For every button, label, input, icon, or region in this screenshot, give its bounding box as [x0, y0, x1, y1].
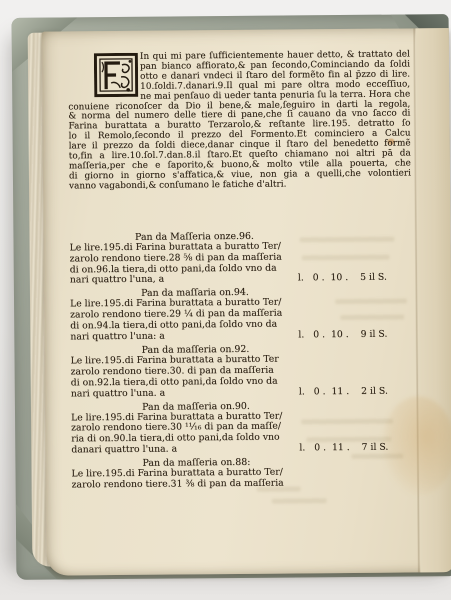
woodcut-initial-icon [94, 53, 138, 97]
paragraph-line: vanno vagabondi,& conſumano le fatiche d… [69, 179, 411, 192]
section-line: nari quattro l'una. al. 0 . 11 . 2 il S. [71, 386, 413, 400]
price-value: l. 0 . 11 . 2 il S. [299, 386, 388, 398]
price-value: l. 0 . 11 . 7 il S. [299, 443, 388, 455]
bread-price-section: Pan da maſſeria on.90.Le lire.195.di Far… [71, 399, 413, 457]
price-value: l. 0 . 10 . 5 il S. [298, 273, 387, 285]
bread-price-section: Pan da Maſſeria onze.96.Le lire.195.di F… [69, 229, 411, 287]
book: In qui mi pare ſufficientemente hauer de… [12, 14, 451, 580]
bread-price-section: Pan da maſſeria on.88:Le lire.195.di Far… [71, 456, 413, 492]
section-line: nari quattro l'una: al. 0 . 10 . 9 il S. [70, 329, 412, 343]
section-line: zarolo rendono tiere.31 ⅜ di pan da maſſ… [72, 478, 414, 492]
price-value: l. 0 . 10 . 9 il S. [298, 330, 387, 342]
text-block: In qui mi pare ſufficientemente hauer de… [68, 44, 414, 493]
book-page: In qui mi pare ſufficientemente hauer de… [42, 28, 451, 576]
bread-price-section: Pan da maſſeria on.92.Le lire.195.di Far… [70, 342, 412, 400]
section-line: danari quattro l'una. al. 0 . 11 . 7 il … [71, 443, 413, 457]
bread-price-section: Pan da maſſaria on.94.Le lire.195.di Far… [70, 286, 412, 344]
bleedthrough-mark [272, 498, 327, 503]
bread-price-sections: Pan da Maſſeria onze.96.Le lire.195.di F… [69, 229, 413, 491]
photo-background: In qui mi pare ſufficientemente hauer de… [0, 0, 451, 600]
section-line: nari quattro l'una, al. 0 . 10 . 5 il S. [70, 273, 412, 287]
